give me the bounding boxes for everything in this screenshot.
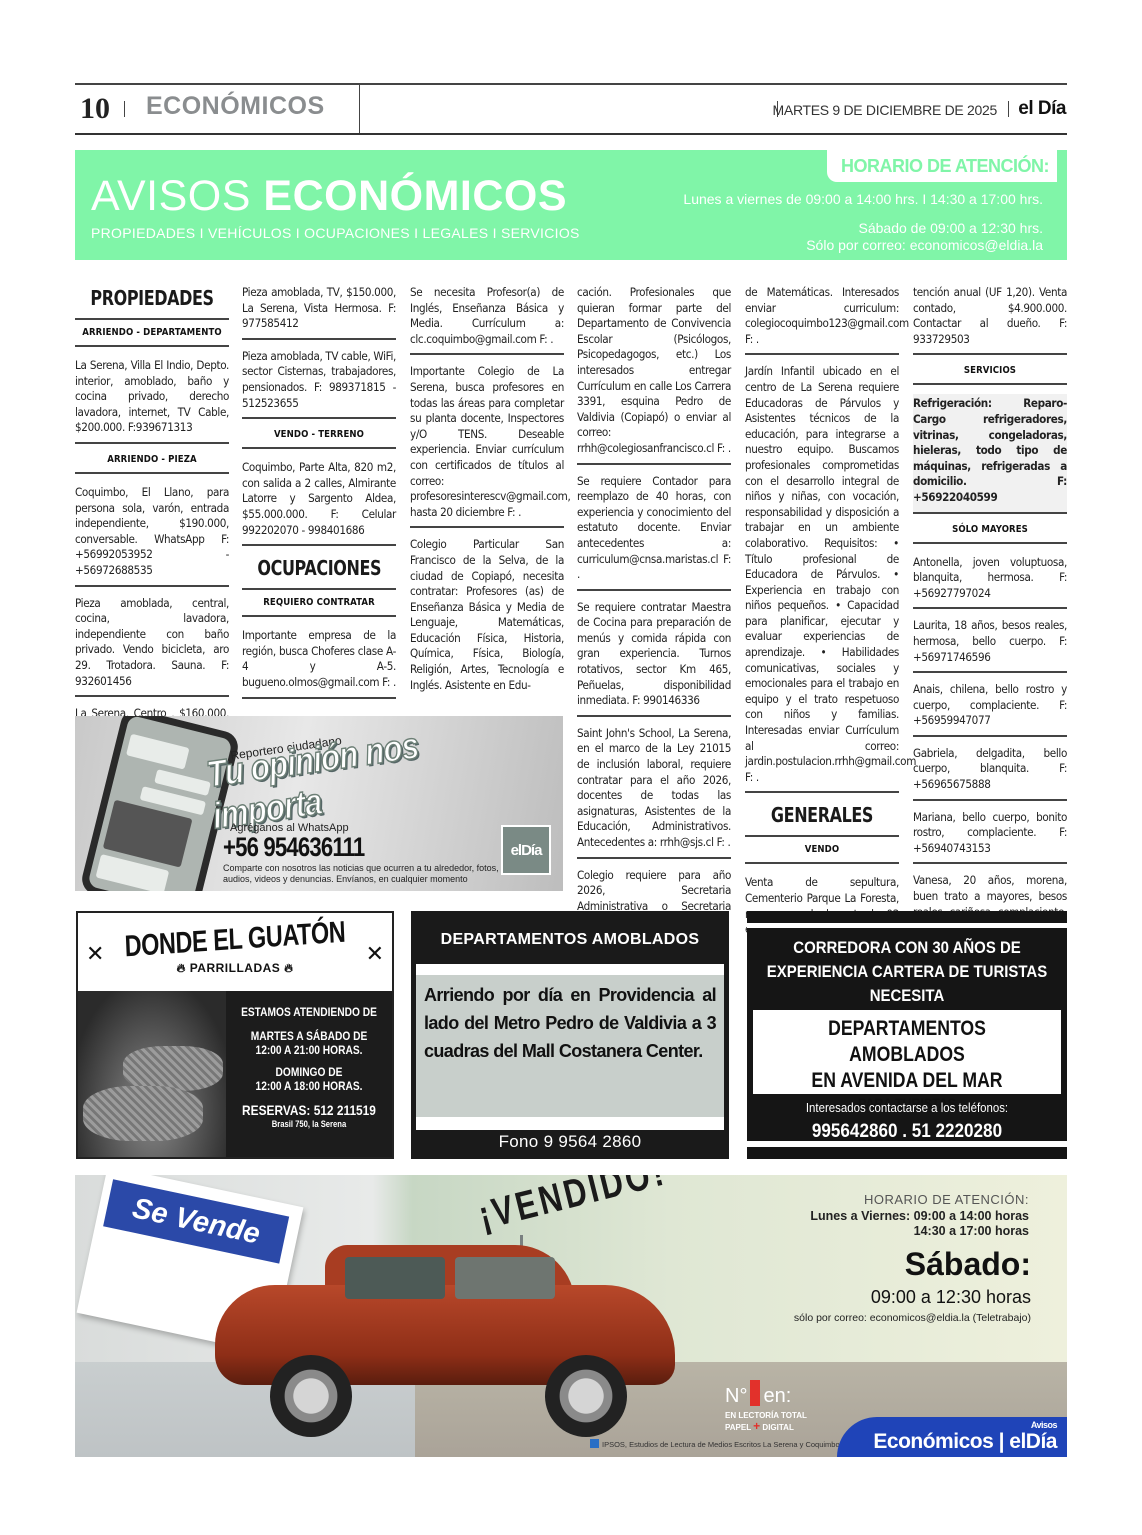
section-title: ECONÓMICOS <box>146 92 325 121</box>
restaurant-name: DONDE EL GUATÓN <box>112 915 358 965</box>
classified-ad: Laurita, 18 años, besos reales, hermosa,… <box>913 616 1067 673</box>
heading-ocupaciones: OCUPACIONES <box>257 553 380 588</box>
subheading: SERVICIOS <box>913 362 1067 385</box>
restaurant-subtitle: 🔥︎ PARRILLADAS 🔥︎ <box>78 961 392 976</box>
classified-ad: Coquimbo, El Llano, para persona sola, v… <box>75 483 229 587</box>
classified-ad: Mariana, bello cuerpo, bonito rostro, co… <box>913 808 1067 865</box>
classifieds-banner: AVISOS ECONÓMICOS PROPIEDADES I VEHÍCULO… <box>75 150 1067 260</box>
newspaper-logo: el Día <box>1018 98 1066 120</box>
sold-headline: ¡VENDIDO! <box>475 1175 671 1239</box>
classified-ad: Saint John's School, La Serena, en el ma… <box>577 724 731 859</box>
classified-ad: cación. Profesionales que quieran formar… <box>577 283 731 465</box>
saturday-label: Sábado: <box>905 1246 1031 1283</box>
column-3: Se necesita Profesor(a) de Inglés, Enseñ… <box>410 283 564 706</box>
saturday-hours: 09:00 a 12:30 horas <box>871 1287 1031 1308</box>
classified-ad: Se necesita Profesor(a) de Inglés, Enseñ… <box>410 283 564 355</box>
classified-ad-featured: Refrigeración: Reparo-Cargo refrigerador… <box>913 394 1067 513</box>
banner-title-bold: ECONÓMICOS <box>263 172 567 220</box>
classified-ad: Coquimbo, Parte Alta, 820 m2, con salida… <box>242 458 396 546</box>
readership-claim: EN LECTORÍA TOTAL PAPEL + DIGITAL <box>725 1411 807 1433</box>
contact-email: Sólo por correo: economicos@eldia.la <box>806 237 1043 253</box>
classified-ad: Jardín Infantil ubicado en el centro de … <box>745 362 899 793</box>
classified-ad: Antonella, joven voluptuosa, blanquita, … <box>913 553 1067 610</box>
eldia-logo: elDía <box>501 825 551 875</box>
classified-ad: Se requiere Contador para reemplazo de 4… <box>577 472 731 591</box>
restaurant-address: Brasil 750, la Serena <box>238 1117 379 1131</box>
flame-icon: 🔥︎ <box>280 961 293 975</box>
plus-icon: + <box>753 1419 760 1433</box>
promo-text: Comparte con nosotros las noticias que o… <box>223 863 513 884</box>
classified-ad: Pieza amoblada, TV cable, WiFi, sector C… <box>242 347 396 419</box>
classified-ad: Pieza amoblada, TV, $150.000, La Serena,… <box>242 283 396 340</box>
ad-main-1: DEPARTAMENTOS AMOBLADOS <box>778 1016 1037 1068</box>
ad-body: Arriendo por día en Providencia al lado … <box>416 975 724 1117</box>
flame-icon: 🔥︎ <box>177 961 190 975</box>
column-2: Pieza amoblada, TV, $150.000, La Serena,… <box>242 283 396 706</box>
divider <box>124 101 125 117</box>
header-top-rule <box>75 83 1067 85</box>
car-illustration <box>215 1245 675 1415</box>
classified-ad: Colegio Particular San Francisco de la S… <box>410 535 564 699</box>
hours-weekdays: Lunes a viernes de 09:00 a 14:00 hrs. I … <box>683 191 1043 207</box>
apartment-rental-ad: DEPARTAMENTOS AMOBLADOS Arriendo por día… <box>411 911 729 1159</box>
car-sold-ad: Se Vende elDía ¡VENDIDO! HORARIO DE ATEN… <box>75 1175 1067 1457</box>
classified-ad: de Matemáticas. Interesados enviar curri… <box>745 283 899 355</box>
banner-title: AVISOS ECONÓMICOS <box>91 172 567 221</box>
subheading: SÓLO MAYORES <box>913 521 1067 544</box>
banner-title-light: AVISOS <box>91 172 251 220</box>
divider <box>1008 101 1009 117</box>
column-4: cación. Profesionales que quieran formar… <box>577 283 731 943</box>
classified-ad: Importante Colegio de La Serena, busca p… <box>410 362 564 528</box>
contact-email: sólo por correo: economicos@eldia.la (Te… <box>794 1312 1031 1324</box>
hours-saturday: Sábado de 09:00 a 12:30 hrs. <box>859 220 1043 236</box>
divider <box>359 84 360 134</box>
subheading: ARRIENDO - DEPARTAMENTO <box>75 320 229 347</box>
source-note: IPSOS, Estudios de Lectura de Medios Esc… <box>590 1439 863 1449</box>
banner-categories: PROPIEDADES I VEHÍCULOS I OCUPACIONES I … <box>91 225 580 241</box>
issue-date: MARTES 9 DE DICIEMBRE DE 2025 <box>773 102 997 118</box>
classified-ad: Se requiere contratar Maestra de Cocina … <box>577 598 731 717</box>
classified-ad: Pieza amoblada, central, cocina, lavador… <box>75 594 229 698</box>
subheading: VENDO - TERRENO <box>242 426 396 449</box>
ad-phones: 995642860 . 51 2220280 <box>763 1121 1051 1143</box>
restaurant-ad: ✕ ✕ DONDE EL GUATÓN 🔥︎ PARRILLADAS 🔥︎ ES… <box>76 911 394 1159</box>
column-1: PROPIEDADES ARRIENDO - DEPARTAMENTO La S… <box>75 283 229 783</box>
realtor-ad: CORREDORA CON 30 AÑOS DE EXPERIENCIA CAR… <box>747 911 1067 1159</box>
promo-title: Tu opinión nos importa <box>204 716 513 838</box>
classified-ad: tención anual (UF 1,20). Venta contado, … <box>913 283 1067 355</box>
column-6: tención anual (UF 1,20). Venta contado, … <box>913 283 1067 966</box>
classified-ad: Importante empresa de la región, busca C… <box>242 626 396 698</box>
hours-title: HORARIO DE ATENCIÓN: <box>827 150 1057 182</box>
reservation-phone: RESERVAS: 512 211519 <box>238 1103 379 1117</box>
heading-propiedades: PROPIEDADES <box>90 283 213 318</box>
ad-main-2: EN AVENIDA DEL MAR <box>778 1068 1037 1094</box>
subheading: ARRIENDO - PIEZA <box>75 451 229 474</box>
hours-title: HORARIO DE ATENCIÓN: <box>864 1192 1029 1207</box>
grill-photo <box>78 991 226 1159</box>
hours-weekdays: Lunes a Viernes: 09:00 a 14:00 horas <box>810 1209 1029 1223</box>
ad-heading: DEPARTAMENTOS AMOBLADOS <box>413 931 727 949</box>
ipsos-logo-icon <box>590 1439 599 1448</box>
restaurant-hours: ESTAMOS ATENDIENDO DE MARTES A SÁBADO DE… <box>226 991 392 1159</box>
heading-generales: GENERALES <box>760 800 883 835</box>
page-number: 10 <box>80 92 110 126</box>
brand-bar: AvisosEconómicos | elDía <box>837 1417 1067 1457</box>
hours-weekdays-afternoon: 14:30 a 17:00 horas <box>914 1224 1029 1238</box>
classified-ad: La Serena, Villa El Indio, Depto. interi… <box>75 356 229 444</box>
subheading: REQUIERO CONTRATAR <box>242 590 396 617</box>
classified-ad: Anais, chilena, bello rostro y cuerpo, c… <box>913 680 1067 737</box>
ad-heading: CORREDORA CON 30 AÑOS DE EXPERIENCIA CAR… <box>766 936 1048 1008</box>
classified-ad: Gabriela, delgadita, bello cuerpo, blanq… <box>913 744 1067 801</box>
number-one-icon <box>750 1380 760 1406</box>
ad-contact-label: Interesados contactarse a los teléfonos: <box>766 1100 1048 1115</box>
whatsapp-promo-ad: Reportero ciudadano Tu opinión nos impor… <box>75 716 563 891</box>
subheading: VENDO <box>745 837 899 864</box>
rank-badge: N°en: <box>725 1380 791 1408</box>
ad-phone: Fono 9 9564 2860 <box>413 1132 727 1152</box>
header-bottom-rule <box>75 133 1067 135</box>
promo-whatsapp-number: +56 954636111 <box>223 832 364 863</box>
column-5: de Matemáticas. Interesados enviar curri… <box>745 283 899 951</box>
